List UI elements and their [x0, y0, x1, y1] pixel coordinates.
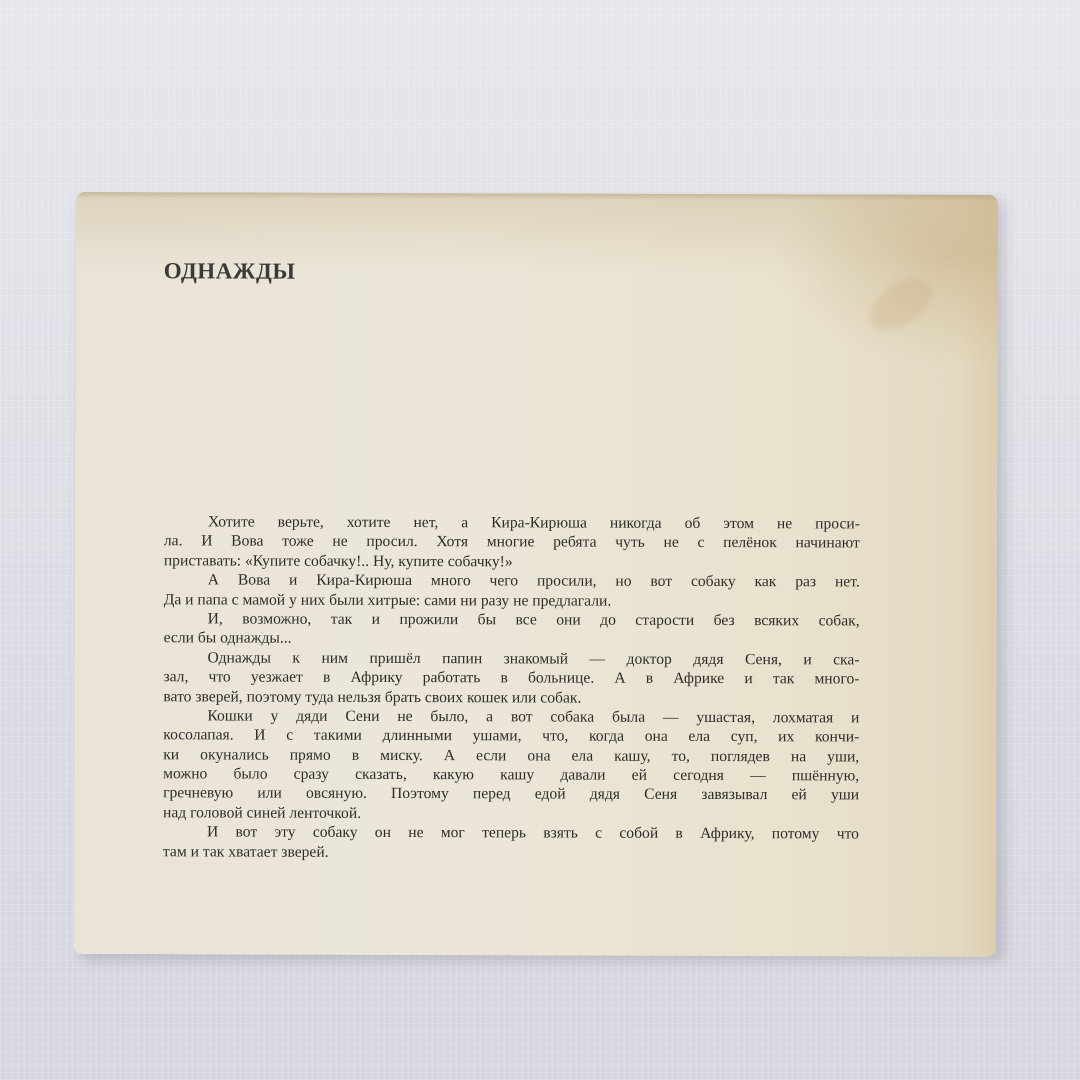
- text-line: над головой синей ленточкой.: [163, 803, 859, 825]
- text-line: приставать: «Купите собачку!.. Ну, купит…: [164, 551, 860, 573]
- text-line: зал, что уезжает в Африку работать в бол…: [163, 667, 859, 689]
- text-line: И, возможно, так и прожили бы все они до…: [164, 609, 860, 631]
- page-edge-tint: [956, 195, 998, 957]
- text-line: И вот эту собаку он не мог теперь взять …: [163, 823, 859, 845]
- text-line: вато зверей, поэтому туда нельзя брать с…: [163, 687, 859, 709]
- book-page: ОДНАЖДЫ Хотите верьте, хотите нет, а Кир…: [74, 192, 998, 957]
- text-line: А Вова и Кира-Кирюша много чего просили,…: [164, 570, 860, 592]
- text-line: гречневую или овсяную. Поэтому перед едо…: [163, 784, 859, 806]
- text-line: ки окунались прямо в миску. А если она е…: [163, 745, 859, 767]
- text-line: можно было сразу сказать, какую кашу дав…: [163, 764, 859, 786]
- text-line: косолапая. И с такими длинными ушами, чт…: [163, 726, 859, 748]
- text-line: Хотите верьте, хотите нет, а Кира-Кирюша…: [164, 512, 860, 534]
- text-line: если бы однажды...: [164, 629, 860, 651]
- chapter-title: ОДНАЖДЫ: [164, 258, 296, 284]
- text-line: Однажды к ним пришёл папин знакомый — до…: [164, 648, 860, 670]
- text-line: Кошки у дяди Сени не было, а вот собака …: [163, 706, 859, 728]
- page-top-edge-wear: [76, 192, 998, 201]
- text-line: ла. И Вова тоже не просил. Хотя многие р…: [164, 532, 860, 554]
- story-text: Хотите верьте, хотите нет, а Кира-Кирюша…: [163, 512, 860, 863]
- text-line: там и так хватает зверей.: [163, 842, 859, 864]
- text-line: Да и папа с мамой у них были хитрые: сам…: [164, 590, 860, 612]
- page-stain: [860, 268, 940, 341]
